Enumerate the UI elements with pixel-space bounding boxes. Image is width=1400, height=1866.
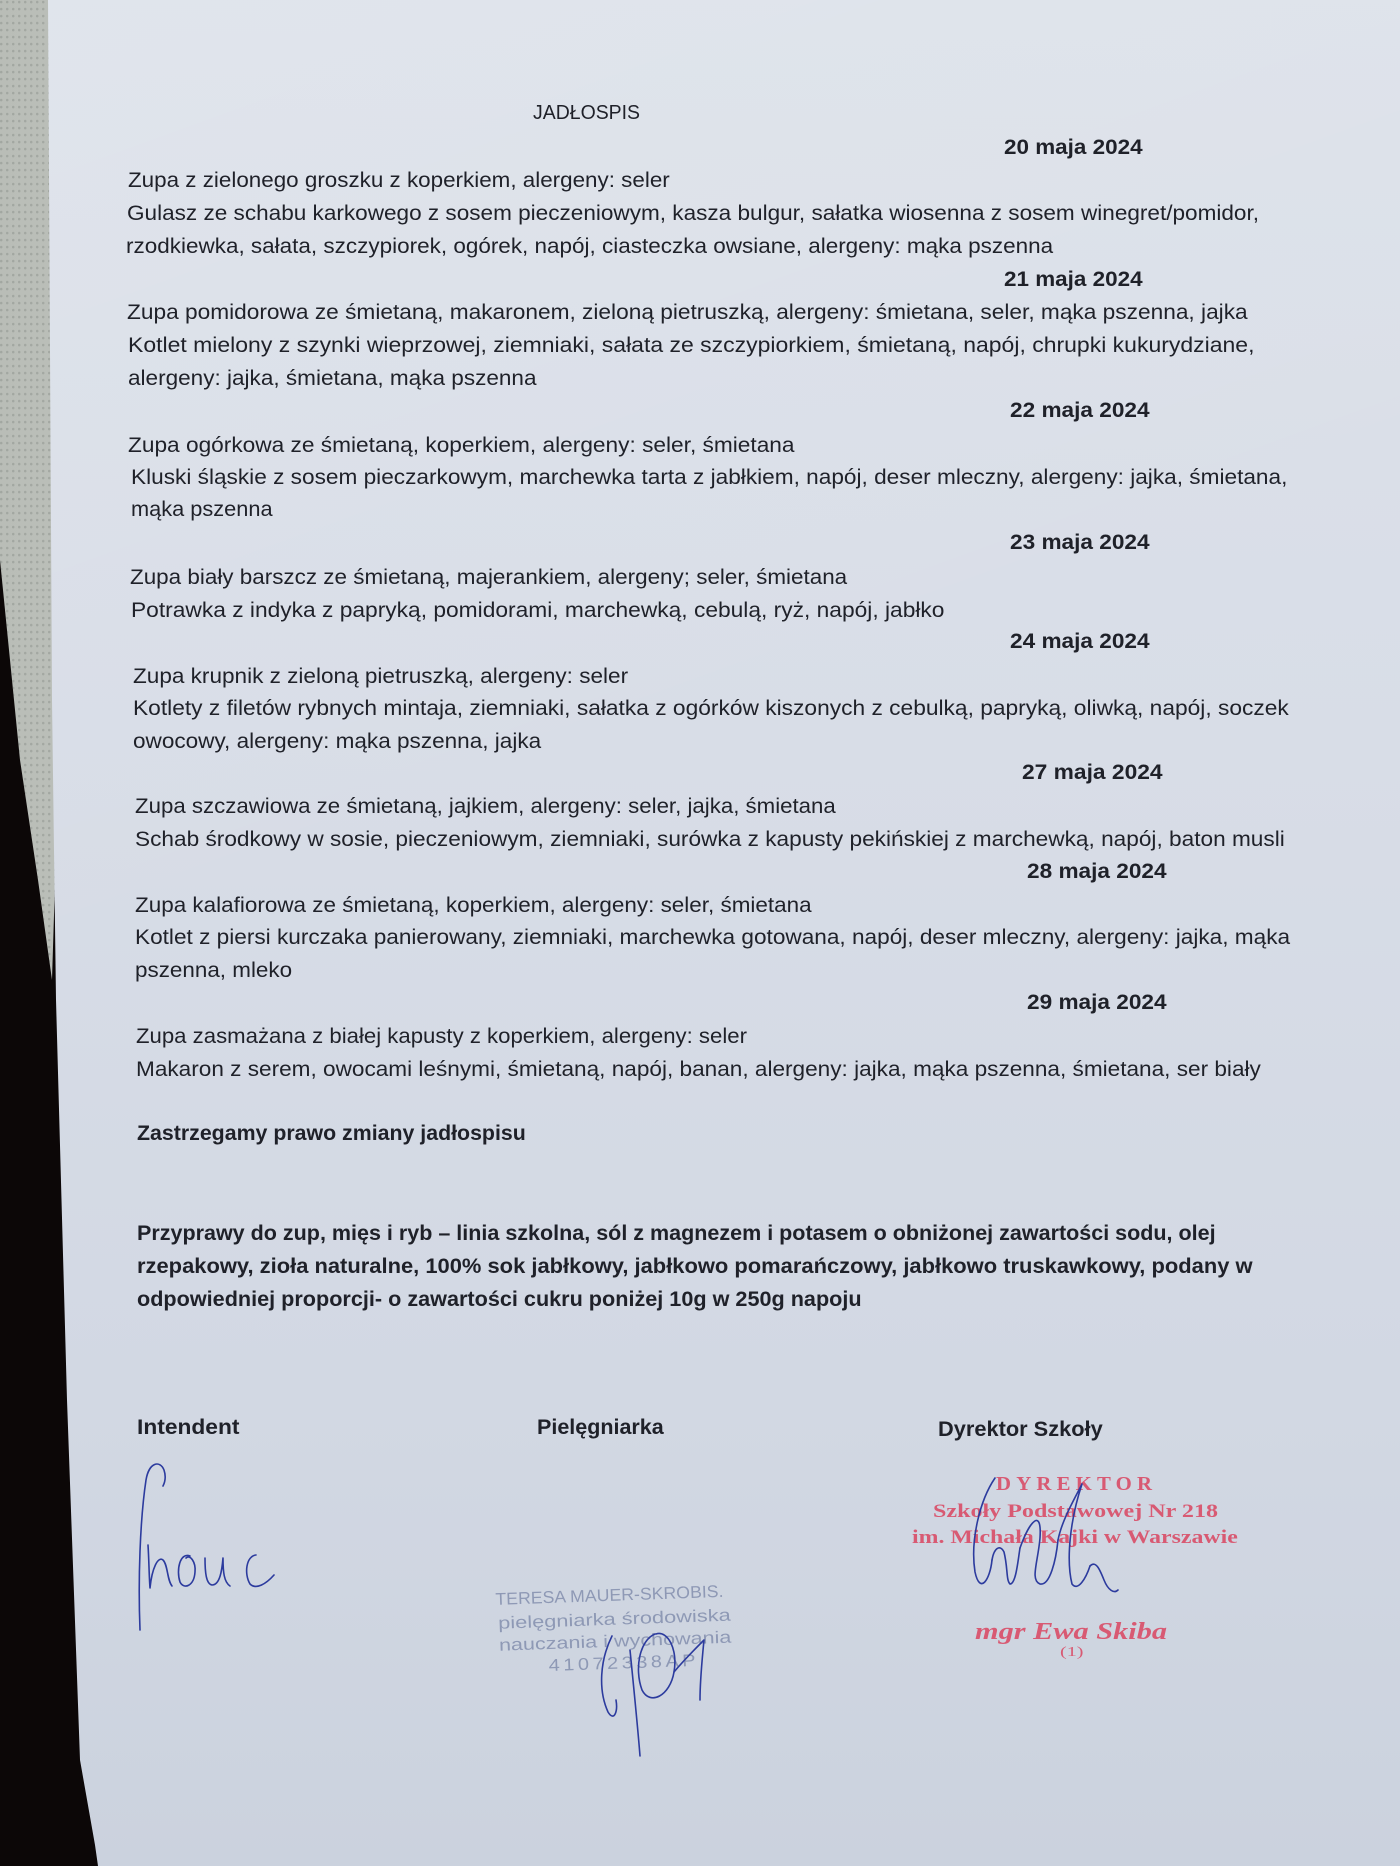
main-course-line: Schab środkowy w sosie, pieczeniowym, zi… [135, 828, 1285, 852]
director-stamp-name: mgr Ewa Skiba [975, 1618, 1167, 1646]
soup-line: Zupa biały barszcz ze śmietaną, majerank… [130, 566, 847, 590]
main-course-line: rzodkiewka, sałata, szczypiorek, ogórek,… [126, 235, 1053, 259]
day-date: 22 maja 2024 [1010, 399, 1150, 423]
ingredients-note-line: odpowiedniej proporcji- o zawartości cuk… [137, 1288, 862, 1312]
director-stamp-patron: im. Michała Kajki w Warszawie [912, 1526, 1238, 1550]
day-date: 20 maja 2024 [1004, 136, 1143, 160]
nurse-stamp-number: 41072338AP [548, 1651, 699, 1676]
main-course-line: Potrawka z indyka z papryką, pomidorami,… [131, 599, 944, 623]
main-course-line: alergeny: jajka, śmietana, mąka pszenna [128, 367, 537, 391]
main-course-line: Makaron z serem, owocami leśnymi, śmieta… [136, 1058, 1261, 1082]
day-date: 23 maja 2024 [1010, 531, 1150, 555]
signature-label-nurse: Pielęgniarka [537, 1416, 664, 1440]
main-course-line: Kotlet z piersi kurczaka panierowany, zi… [135, 926, 1290, 950]
signature-label-intendent: Intendent [137, 1416, 239, 1440]
day-date: 27 maja 2024 [1022, 761, 1163, 785]
ingredients-note-line: rzepakowy, zioła naturalne, 100% sok jab… [137, 1255, 1253, 1279]
soup-line: Zupa z zielonego groszku z koperkiem, al… [128, 169, 670, 193]
nurse-stamp: TERESA MAUER-SKROBIS. pielęgniarka środo… [490, 1579, 753, 1688]
menu-change-notice: Zastrzegamy prawo zmiany jadłospisu [137, 1122, 526, 1146]
soup-line: Zupa ogórkowa ze śmietaną, koperkiem, al… [128, 434, 795, 458]
main-course-line: pszenna, mleko [135, 959, 292, 983]
main-course-line: Kotlet mielony z szynki wieprzowej, ziem… [128, 334, 1254, 358]
main-course-line: mąka pszenna [131, 498, 273, 522]
page-title: JADŁOSPIS [533, 101, 640, 125]
day-date: 21 maja 2024 [1004, 268, 1143, 292]
soup-line: Zupa szczawiowa ze śmietaną, jajkiem, al… [135, 795, 836, 819]
director-stamp-title: DYREKTOR [996, 1472, 1157, 1496]
director-stamp-school: Szkoły Podstawowej Nr 218 [933, 1500, 1218, 1524]
main-course-line: Kluski śląskie z sosem pieczarkowym, mar… [131, 466, 1287, 490]
day-date: 29 maja 2024 [1027, 991, 1167, 1015]
soup-line: Zupa krupnik z zieloną pietruszką, alerg… [133, 665, 628, 689]
main-course-line: owocowy, alergeny: mąka pszenna, jajka [133, 730, 541, 754]
signature-label-director: Dyrektor Szkoły [938, 1418, 1103, 1442]
main-course-line: Kotlety z filetów rybnych mintaja, ziemn… [133, 697, 1289, 721]
soup-line: Zupa pomidorowa ze śmietaną, makaronem, … [127, 301, 1248, 325]
director-stamp-number: (1) [1060, 1645, 1083, 1661]
soup-line: Zupa kalafiorowa ze śmietaną, koperkiem,… [135, 894, 812, 918]
day-date: 28 maja 2024 [1027, 860, 1167, 884]
ingredients-note-line: Przyprawy do zup, mięs i ryb – linia szk… [137, 1222, 1216, 1246]
main-course-line: Gulasz ze schabu karkowego z sosem piecz… [127, 202, 1259, 226]
nurse-stamp-name: TERESA MAUER-SKROBIS. [495, 1582, 724, 1610]
day-date: 24 maja 2024 [1010, 630, 1150, 654]
soup-line: Zupa zasmażana z białej kapusty z koperk… [136, 1025, 747, 1049]
